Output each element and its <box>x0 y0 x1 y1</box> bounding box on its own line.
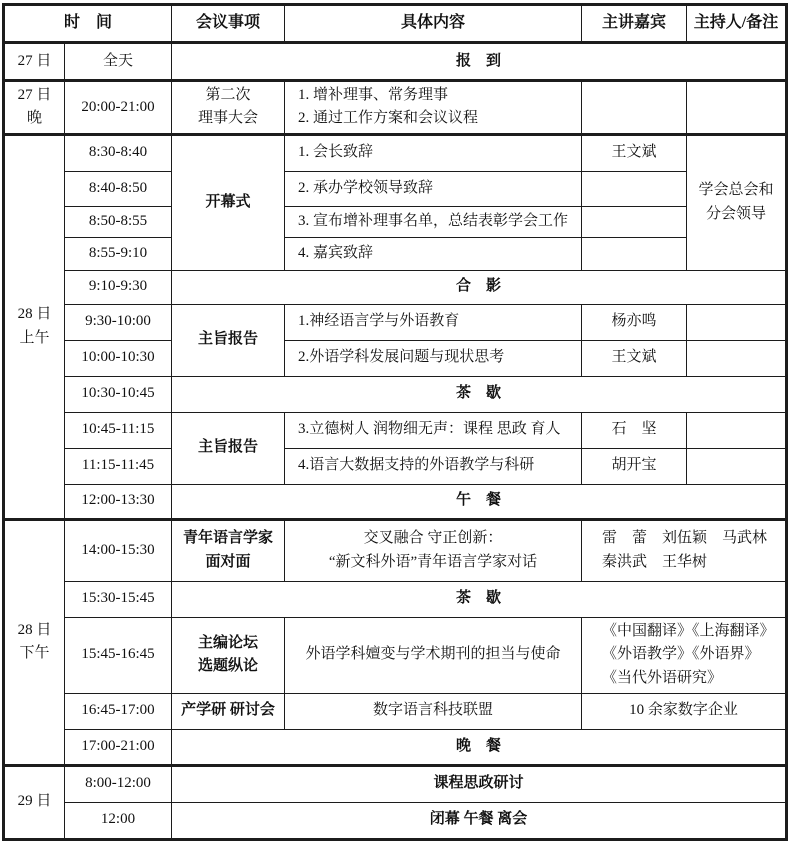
content-cell: 4. 嘉宾致辞 <box>285 237 582 270</box>
host-cell <box>687 412 787 448</box>
content-cell: 3.立德树人 润物细无声：课程 思政 育人 <box>285 412 582 448</box>
banner-cell: 茶 歇 <box>172 376 787 412</box>
day-cell: 28 日 上午 <box>4 134 65 519</box>
time-cell: 12:00 <box>65 802 172 839</box>
content-cell: 2.外语学科发展问题与现状思考 <box>285 340 582 376</box>
table-row: 12:00-13:30午 餐 <box>4 484 787 519</box>
time-cell: 15:30-15:45 <box>65 581 172 617</box>
content-cell: 1.神经语言学与外语教育 <box>285 304 582 340</box>
content-cell: 2. 承办学校领导致辞 <box>285 171 582 206</box>
speaker-cell: 胡开宝 <box>582 448 687 484</box>
table-row: 15:30-15:45茶 歇 <box>4 581 787 617</box>
banner-cell: 晚 餐 <box>172 729 787 765</box>
item-cell: 主旨报告 <box>172 304 285 376</box>
day-cell: 28 日 下午 <box>4 519 65 765</box>
table-row: 10:30-10:45茶 歇 <box>4 376 787 412</box>
time-cell: 8:50-8:55 <box>65 206 172 237</box>
speaker-cell: 杨亦鸣 <box>582 304 687 340</box>
time-cell: 9:10-9:30 <box>65 270 172 304</box>
table-row: 27 日 晚20:00-21:00第二次 理事大会1. 增补理事、常务理事 2.… <box>4 81 787 135</box>
table-row: 11:15-11:454.语言大数据支持的外语教学与科研胡开宝 <box>4 448 787 484</box>
table-header: 时 间会议事项具体内容主讲嘉宾主持人/备注 <box>4 5 787 43</box>
day-cell: 27 日 晚 <box>4 81 65 135</box>
table-row: 29 日8:00-12:00课程思政研讨 <box>4 765 787 802</box>
banner-cell: 课程思政研讨 <box>172 765 787 802</box>
host-cell <box>687 448 787 484</box>
speaker-cell <box>582 206 687 237</box>
banner-cell: 雷 蕾 刘伍颖 马武林 秦洪武 王华树 <box>582 519 787 581</box>
time-cell: 10:30-10:45 <box>65 376 172 412</box>
table-row: 28 日 下午14:00-15:30青年语言学家 面对面交叉融合 守正创新： “… <box>4 519 787 581</box>
table-row: 15:45-16:45主编论坛 选题纵论外语学科嬗变与学术期刊的担当与使命《中国… <box>4 617 787 693</box>
time-cell: 8:40-8:50 <box>65 171 172 206</box>
time-cell: 20:00-21:00 <box>65 81 172 135</box>
time-cell: 10:00-10:30 <box>65 340 172 376</box>
header-row: 时 间会议事项具体内容主讲嘉宾主持人/备注 <box>4 5 787 43</box>
table-row: 9:30-10:00主旨报告1.神经语言学与外语教育杨亦鸣 <box>4 304 787 340</box>
host-cell: 学会总会和 分会领导 <box>687 134 787 270</box>
speaker-cell <box>582 171 687 206</box>
day-cell: 29 日 <box>4 765 65 839</box>
table-row: 8:55-9:104. 嘉宾致辞 <box>4 237 787 270</box>
table-row: 12:00闭幕 午餐 离会 <box>4 802 787 839</box>
table-body: 27 日全天报 到27 日 晚20:00-21:00第二次 理事大会1. 增补理… <box>4 43 787 840</box>
item-cell: 开幕式 <box>172 134 285 270</box>
time-cell: 15:45-16:45 <box>65 617 172 693</box>
item-cell: 主旨报告 <box>172 412 285 484</box>
speaker-cell <box>582 81 687 135</box>
speaker-cell: 石 坚 <box>582 412 687 448</box>
item-cell: 青年语言学家 面对面 <box>172 519 285 581</box>
time-cell: 全天 <box>65 43 172 81</box>
item-cell: 产学研 研讨会 <box>172 693 285 729</box>
header-cell-day-cell: 时 间 <box>4 5 172 43</box>
time-cell: 8:30-8:40 <box>65 134 172 171</box>
header-cell-speaker-cell: 主讲嘉宾 <box>582 5 687 43</box>
content-cell: 外语学科嬗变与学术期刊的担当与使命 <box>285 617 582 693</box>
content-cell: 3. 宣布增补理事名单，总结表彰学会工作 <box>285 206 582 237</box>
banner-cell: 午 餐 <box>172 484 787 519</box>
host-cell <box>687 340 787 376</box>
time-cell: 9:30-10:00 <box>65 304 172 340</box>
time-cell: 8:55-9:10 <box>65 237 172 270</box>
host-cell <box>687 81 787 135</box>
table-row: 10:45-11:15主旨报告3.立德树人 润物细无声：课程 思政 育人石 坚 <box>4 412 787 448</box>
content-cell: 交叉融合 守正创新： “新文科外语”青年语言学家对话 <box>285 519 582 581</box>
speaker-cell <box>582 237 687 270</box>
time-cell: 10:45-11:15 <box>65 412 172 448</box>
item-cell: 主编论坛 选题纵论 <box>172 617 285 693</box>
content-cell: 数字语言科技联盟 <box>285 693 582 729</box>
table-row: 28 日 上午8:30-8:40开幕式1. 会长致辞王文斌学会总会和 分会领导 <box>4 134 787 171</box>
table-row: 8:50-8:553. 宣布增补理事名单，总结表彰学会工作 <box>4 206 787 237</box>
speaker-cell: 王文斌 <box>582 134 687 171</box>
content-cell: 4.语言大数据支持的外语教学与科研 <box>285 448 582 484</box>
time-cell: 8:00-12:00 <box>65 765 172 802</box>
host-cell <box>687 304 787 340</box>
table-row: 10:00-10:302.外语学科发展问题与现状思考王文斌 <box>4 340 787 376</box>
banner-cell: 闭幕 午餐 离会 <box>172 802 787 839</box>
banner-cell: 10 余家数字企业 <box>582 693 787 729</box>
table-row: 16:45-17:00产学研 研讨会数字语言科技联盟10 余家数字企业 <box>4 693 787 729</box>
time-cell: 17:00-21:00 <box>65 729 172 765</box>
speaker-cell: 王文斌 <box>582 340 687 376</box>
time-cell: 14:00-15:30 <box>65 519 172 581</box>
time-cell: 12:00-13:30 <box>65 484 172 519</box>
content-cell: 1. 会长致辞 <box>285 134 582 171</box>
time-cell: 11:15-11:45 <box>65 448 172 484</box>
table-row: 27 日全天报 到 <box>4 43 787 81</box>
item-cell: 第二次 理事大会 <box>172 81 285 135</box>
table-row: 9:10-9:30合 影 <box>4 270 787 304</box>
table-row: 8:40-8:502. 承办学校领导致辞 <box>4 171 787 206</box>
header-cell-content-cell: 具体内容 <box>285 5 582 43</box>
conference-schedule-table: 时 间会议事项具体内容主讲嘉宾主持人/备注 27 日全天报 到27 日 晚20:… <box>2 3 788 841</box>
banner-cell: 茶 歇 <box>172 581 787 617</box>
content-cell: 1. 增补理事、常务理事 2. 通过工作方案和会议议程 <box>285 81 582 135</box>
table-row: 17:00-21:00晚 餐 <box>4 729 787 765</box>
header-cell-host-cell: 主持人/备注 <box>687 5 787 43</box>
header-cell-item-cell: 会议事项 <box>172 5 285 43</box>
time-cell: 16:45-17:00 <box>65 693 172 729</box>
banner-cell: 合 影 <box>172 270 787 304</box>
schedule-page: 时 间会议事项具体内容主讲嘉宾主持人/备注 27 日全天报 到27 日 晚20:… <box>0 0 791 841</box>
banner-cell: 报 到 <box>172 43 787 81</box>
day-cell: 27 日 <box>4 43 65 81</box>
banner-cell: 《中国翻译》《上海翻译》 《外语教学》《外语界》 《当代外语研究》 <box>582 617 787 693</box>
